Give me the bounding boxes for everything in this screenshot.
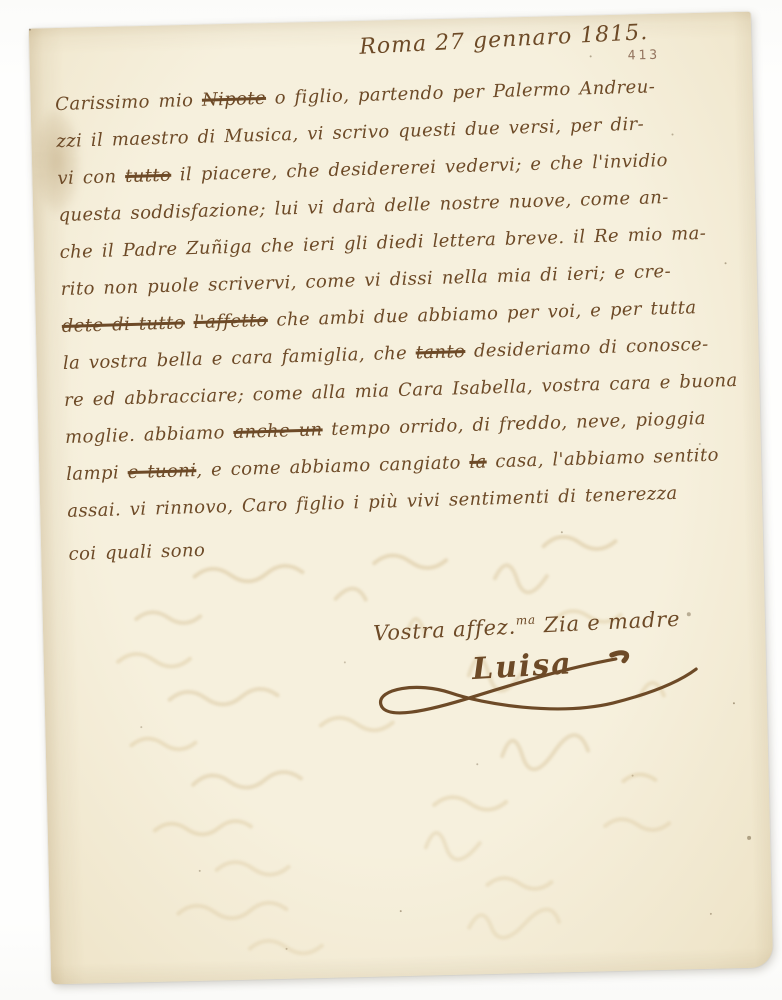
letter-sheet: Roma 27 gennaro 1815. 413 Carissimo mio …: [29, 12, 773, 985]
line-text: vi con: [57, 166, 125, 189]
foxing-specks: [29, 29, 31, 31]
struck-word: e tuoni: [127, 460, 196, 483]
struck-word: dete di tutto: [62, 312, 186, 337]
line-text: casa, l'abbiamo sentito: [486, 445, 719, 473]
struck-word: l'affetto: [193, 310, 268, 333]
signature: Luisa: [471, 646, 574, 687]
struck-word: tutto: [125, 165, 172, 187]
line-text: Carissimo mio: [55, 90, 202, 115]
line-text: , e come abbiamo cangiato: [196, 452, 470, 481]
line-text: moglie. abbiamo: [65, 422, 234, 448]
struck-word: anche un: [233, 419, 323, 443]
bleedthrough-ghost-writing: [77, 530, 743, 975]
line-text: la vostra bella e cara famiglia, che: [63, 343, 416, 374]
lot-number-annotation: 413: [627, 48, 660, 64]
letter-body: Carissimo mio Nipote o figlio, partendo …: [55, 66, 745, 573]
line-text: tempo orrido, di freddo, neve, pioggia: [322, 408, 706, 440]
struck-word: la: [469, 451, 487, 473]
struck-word: Nipote: [202, 88, 267, 111]
closing-superscript: ma: [515, 613, 536, 628]
line-text: lampi: [66, 462, 128, 485]
date-line: Roma 27 gennaro 1815.: [359, 20, 649, 60]
line-text: che ambi due abbiamo per voi, e per tutt…: [268, 297, 697, 331]
struck-word: tanto: [415, 341, 465, 363]
line-text: desideriamo di conosce-: [465, 334, 709, 362]
line-text: o figlio, partendo per Palermo Andreu-: [266, 76, 656, 109]
line-text: coi quali sono: [68, 540, 205, 565]
